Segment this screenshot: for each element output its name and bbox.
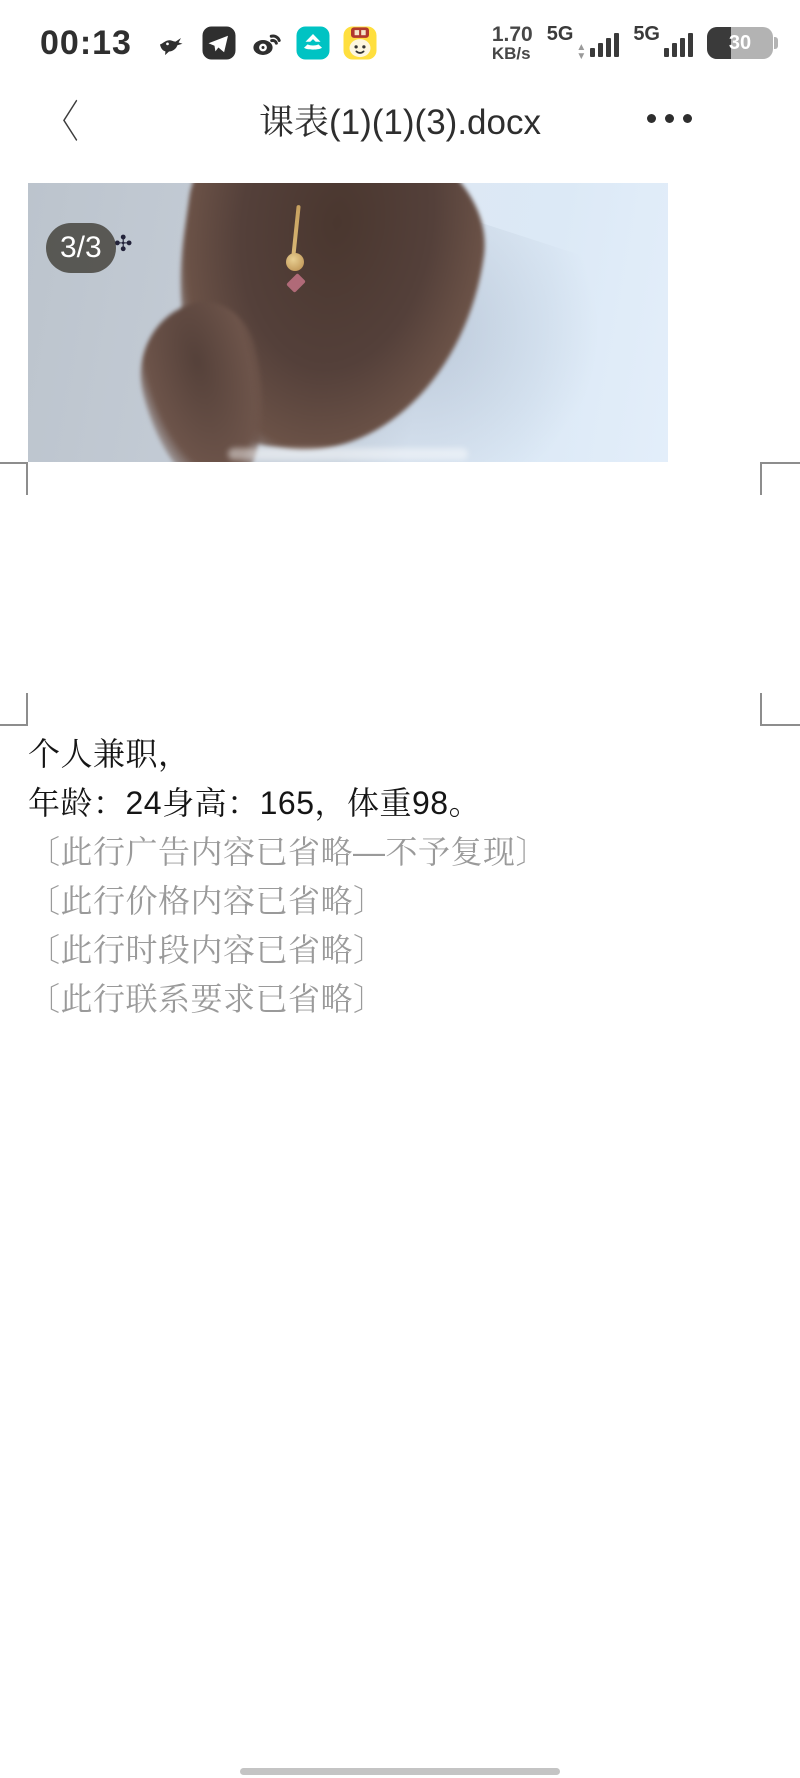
clock: 00:13 [40,24,132,63]
doc-paragraph-redacted: 〔此行价格内容已省略〕 [28,877,772,926]
battery-percent: 30 [707,32,773,55]
doc-paragraph-redacted: 〔此行时段内容已省略〕 [28,926,772,975]
battery-icon: 30 [707,27,773,59]
sim2-signal-bars-icon [664,23,693,63]
page-corner-mark-top-right [760,462,800,495]
battery-nub [774,37,778,49]
network-speed-value: 1.70 [492,24,533,45]
doc-paragraph: 年龄：24身高：165，体重98。 [28,779,772,828]
home-indicator-handle[interactable] [240,1768,560,1775]
sparkle-mark: ✣ [114,231,132,257]
back-button[interactable]: 〈 [41,86,83,150]
page-corner-mark-bottom-right [760,693,800,726]
document-text-block: 个人兼职， 年龄：24身高：165，体重98。 〔此行广告内容已省略—不予复现〕… [28,730,772,1024]
image-page-badge: 3/3 [46,223,116,273]
sim2-5g-label: 5G [633,23,660,46]
sim1-signal: 5G ▲▼ [547,23,620,63]
status-bar: 00:13 [0,0,800,80]
doc-paragraph-redacted: 〔此行联系要求已省略〕 [28,975,772,1024]
weibo-icon [248,25,284,61]
bird-icon [154,25,190,61]
more-options-button[interactable] [634,94,704,142]
network-speed: 1.70 KB/s [492,24,533,62]
necklace-pendant [286,253,304,271]
faint-watermark [228,448,468,460]
status-bar-right: 1.70 KB/s 5G ▲▼ 5G 30 [492,23,778,63]
yellow-app-icon [342,25,378,61]
doc-paragraph-redacted: 〔此行广告内容已省略—不予复现〕 [28,828,772,877]
notification-icons [154,25,378,61]
phone-screen: 00:13 [0,0,800,1778]
sim2-signal: 5G [633,23,693,63]
battery-indicator: 30 [707,27,778,59]
sim1-signal-bars-icon [590,23,619,63]
network-speed-unit: KB/s [492,45,533,62]
telegram-icon [201,25,237,61]
page-corner-mark-top-left [0,462,28,495]
sim1-5g-label: 5G [547,23,574,46]
doc-viewer-nav-bar: 〈 课表(1)(1)(3).docx [0,80,800,160]
document-embedded-photo[interactable]: ✣ 3/3 [28,183,668,462]
data-arrows-icon: ▲▼ [576,23,586,63]
page-corner-mark-bottom-left [0,693,28,726]
nio-icon [295,25,331,61]
doc-paragraph: 个人兼职， [28,730,772,779]
